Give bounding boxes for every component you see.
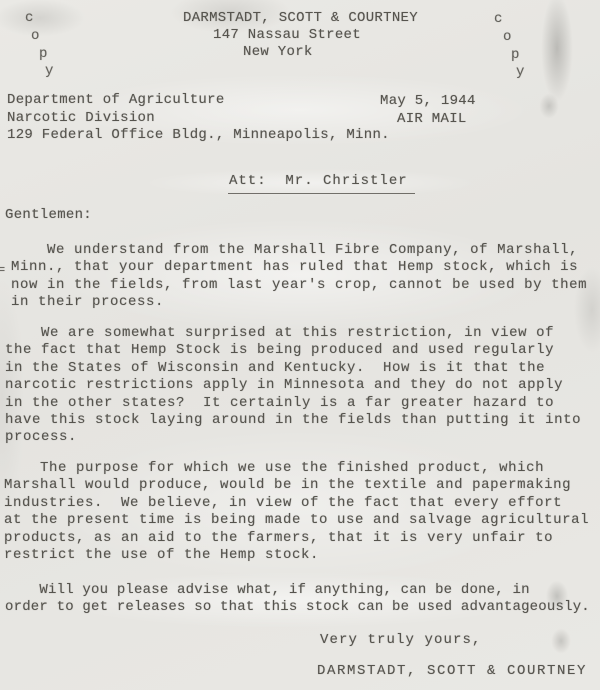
recipient-division: Narcotic Division <box>7 110 155 127</box>
copy-stamp-right-y: y <box>516 64 524 80</box>
letterhead-city: New York <box>243 44 313 61</box>
copy-stamp-left-o: o <box>31 28 39 44</box>
copy-stamp-right-p: p <box>511 47 519 63</box>
scan-artifact-mark: = <box>0 262 6 279</box>
body-paragraph-1: We understand from the Marshall Fibre Co… <box>11 242 587 312</box>
recipient-address: 129 Federal Office Bldg., Minneapolis, M… <box>7 127 390 144</box>
body-paragraph-4: Will you please advise what, if anything… <box>5 582 590 617</box>
copy-stamp-right-o: o <box>503 29 511 45</box>
valediction: Very truly yours, <box>320 632 482 649</box>
letter-document: c o p y c o p y DARMSTADT, SCOTT & COURT… <box>0 0 600 690</box>
copy-stamp-left-p: p <box>39 46 47 62</box>
air-mail-label: AIR MAIL <box>397 111 467 128</box>
body-paragraph-3: The purpose for which we use the finishe… <box>4 460 589 564</box>
salutation: Gentlemen: <box>5 207 92 224</box>
attention-line: Att: Mr. Christler <box>228 173 415 194</box>
letterhead-company: DARMSTADT, SCOTT & COURTNEY <box>183 10 418 27</box>
letter-date: May 5, 1944 <box>380 93 476 110</box>
copy-stamp-right-c: c <box>494 11 502 27</box>
body-paragraph-2: We are somewhat surprised at this restri… <box>5 325 581 447</box>
copy-stamp-left-c: c <box>25 10 33 26</box>
copy-stamp-left-y: y <box>45 63 53 79</box>
recipient-department: Department of Agriculture <box>7 92 225 109</box>
signature-block: DARMSTADT, SCOTT & COURTNEY <box>317 663 587 680</box>
letterhead-street: 147 Nassau Street <box>213 27 361 44</box>
